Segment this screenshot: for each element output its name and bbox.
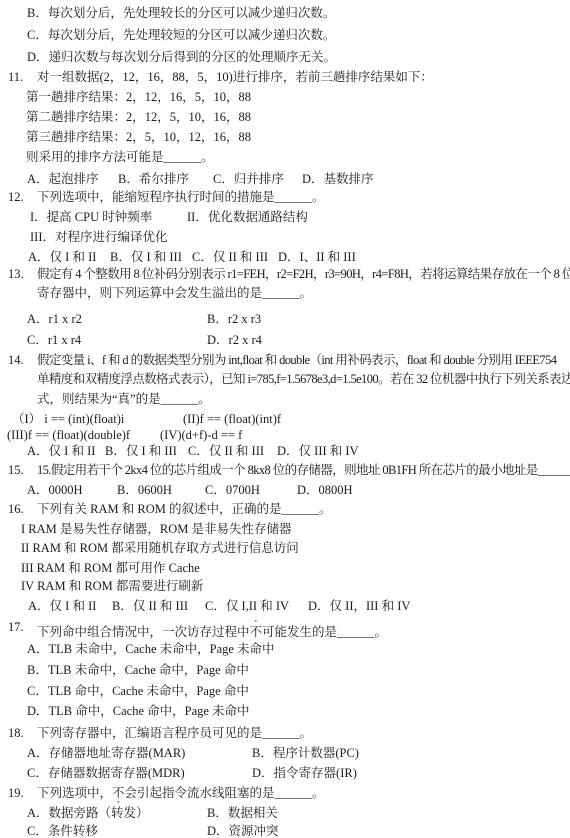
q15-stem-line: 15. 15.假定用若干个 2kx4 位的芯片组成一个 8kx8 位的存储器，则… [0,462,570,479]
q14-stem-3: 式，则结果为“真”的是______。 [37,391,211,408]
q12-number: 12. [8,189,24,206]
q19-options-row1: A．数据旁路（转发） B．数据相关 [0,805,570,822]
q16-option-d: D．仅 II，III 和 IV [308,598,410,615]
q19-option-d: D．资源冲突 [207,823,279,838]
q16-item-row1: I RAM 是易失性存储器，ROM 是非易失性存储器 [0,521,570,538]
q17-option-row-b: B．TLB 未命中，Cache 命中，Page 命中 [0,662,570,679]
q13-stem-line2: 寄存器中，则下列运算中会发生溢出的是______。 [0,285,570,302]
q11-conclusion-line: 则采用的排序方法可能是______。 [0,149,570,166]
q10-option-c: C．每次划分后，先处理较短的分区可以减少递归次数。 [27,27,335,44]
exam-document-page: B．每次划分后，先处理较长的分区可以减少递归次数。 C．每次划分后，先处理较短的… [0,0,570,838]
q11-pass3: 第三趟排序结果：2，5，10，12，16，88 [26,129,251,146]
q11-number: 11. [8,69,23,86]
q13-stem-2: 寄存器中，则下列运算中会发生溢出的是______。 [37,285,312,302]
q17-stem: 下列命中组合情况中，一次访存过程中不可能发生的是______。 [37,619,387,641]
q14-option-b: B．仅 I 和 III [105,443,177,460]
q19-stem-line: 19. 下列选项中，不会引起指令流水线阻塞的是______。 [0,785,570,802]
q18-option-c: C．存储器数据寄存器(MDR) [27,765,185,782]
q13-option-d: D．r2 x r4 [207,332,262,349]
q11-pass3-line: 第三趟排序结果：2，5，10，12，16，88 [0,129,570,146]
q17-stem-line: 17. 下列命中组合情况中，一次访存过程中不可能发生的是______。 [0,619,570,636]
q16-item-3: III RAM 和 ROM 都可用作 Cache [21,560,200,577]
q15-stem: 15.假定用若干个 2kx4 位的芯片组成一个 8kx8 位的存储器，则地址 0… [37,462,570,479]
q14-option-a: A．仅 I 和 II [27,443,95,460]
q14-stem-2: 单精度和双精度浮点数格式表示），已知 i=785,f=1.5678e3,d=1.… [37,371,570,388]
q11-pass2-line: 第二趟排序结果：2，12，5，10，16，88 [0,109,570,126]
q12-item-3: III．对程序进行编译优化 [30,229,168,246]
q10-option-b: B．每次划分后，先处理较长的分区可以减少递归次数。 [27,5,335,22]
q15-options-row: A．0000H B．0600H C．0700H D．0800H [0,482,570,499]
q16-item-row3: III RAM 和 ROM 都可用作 Cache [0,560,570,577]
q17-option-b: B．TLB 未命中，Cache 命中，Page 命中 [27,662,249,679]
q14-stem-line2: 单精度和双精度浮点数格式表示），已知 i=785,f=1.5678e3,d=1.… [0,371,570,388]
q17-stem-pre: 下列命中组合情况中，一次访存过程中 [37,625,250,639]
q16-options-row: A．仅 I 和 II B．仅 II 和 III C．仅 I,II 和 IV D．… [0,598,570,615]
q16-item-1: I RAM 是易失性存储器，ROM 是非易失性存储器 [21,521,292,538]
q18-number: 18. [8,725,24,742]
q18-option-d: D．指令寄存器(IR) [252,765,357,782]
q13-option-c: C．r1 x r4 [27,332,81,349]
q17-option-row-d: D．TLB 命中，Cache 命中，Page 未命中 [0,703,570,720]
q18-stem-line: 18. 下列寄存器中，汇编语言程序员可见的是______。 [0,725,570,742]
q15-number: 15. [8,462,24,479]
q17-stem-post: 可能发生的是______。 [262,625,387,639]
q10-option-d: D．递归次数与每次划分后得到的分区的处理顺序无关。 [27,49,336,66]
q18-option-a: A．存储器地址寄存器(MAR) [27,745,185,762]
q14-expr-row2: (III)f == (float)(double)f (IV)(d+f)-d =… [0,427,570,444]
q14-option-c: C．仅 II 和 III [188,443,264,460]
q12-items-row2: III．对程序进行编译优化 [0,229,570,246]
q17-option-row-c: C．TLB 命中，Cache 未命中，Page 命中 [0,683,570,700]
q14-expr-2: (II)f == (float)(int)f [183,411,281,428]
q19-stem-pre: 下列选项中， [37,786,112,800]
q12-stem: 下列选项中，能缩短程序执行时间的措施是______。 [37,189,325,206]
q14-stem-line3: 式，则结果为“真”的是______。 [0,391,570,408]
q14-expr-4: (IV)(d+f)-d == f [160,427,242,444]
q10-option-row-d: D．递归次数与每次划分后得到的分区的处理顺序无关。 [0,49,570,66]
q17-option-c: C．TLB 命中，Cache 未命中，Page 命中 [27,683,249,700]
q16-option-a: A．仅 I 和 II [28,598,96,615]
q14-expr-1: （I） i == (int)(float)i [12,411,124,428]
q15-option-a: A．0000H [27,482,83,499]
q11-stem-line: 11. 对一组数据(2，12，16，88，5，10)进行排序，若前三趟排序结果如… [0,69,570,86]
q13-options-row1: A．r1 x r2 B．r2 x r3 [0,311,570,328]
q18-stem: 下列寄存器中，汇编语言程序员可见的是______。 [37,725,312,742]
q19-option-c: C．条件转移 [27,823,98,838]
q12-option-b: B．仅 I 和 III [110,249,182,266]
q14-options-row: A．仅 I 和 II B．仅 I 和 III C．仅 II 和 III D．仅 … [0,443,570,460]
q10-option-row-b: B．每次划分后，先处理较长的分区可以减少递归次数。 [0,5,570,22]
q11-options-row: A．起泡排序 B．希尔排序 C．归并排序 D．基数排序 [0,171,570,188]
q19-stem-emphasis: 不 [112,786,125,800]
q10-option-row-c: C．每次划分后，先处理较短的分区可以减少递归次数。 [0,27,570,44]
q16-stem: 下列有关 RAM 和 ROM 的叙述中，正确的是______。 [37,501,331,518]
q11-pass1-line: 第一趟排序结果：2，12，16，5，10，88 [0,89,570,106]
q11-option-a: A．起泡排序 [27,171,99,188]
q16-option-b: B．仅 II 和 III [112,598,188,615]
q12-item-2: II．优化数据通路结构 [187,209,308,226]
q15-option-d: D．0800H [297,482,353,499]
q19-number: 19. [8,785,24,802]
q17-option-row-a: A．TLB 未命中，Cache 未命中，Page 未命中 [0,641,570,658]
q15-option-b: B．0600H [117,482,172,499]
q11-pass1: 第一趟排序结果：2，12，16，5，10，88 [26,89,251,106]
q11-stem: 对一组数据(2，12，16，88，5，10)进行排序，若前三趟排序结果如下： [37,69,433,86]
q13-option-a: A．r1 x r2 [27,311,82,328]
q19-options-row2: C．条件转移 D．资源冲突 [0,823,570,838]
q16-option-c: C．仅 I,II 和 IV [205,598,289,615]
q14-expr-3: (III)f == (float)(double)f [7,427,130,444]
q13-stem-1: 假定有 4 个整数用 8 位补码分别表示 r1=FEH，r2=F2H，r3=90… [37,266,570,283]
q12-option-c: C．仅 II 和 III [192,249,268,266]
q17-number: 17. [8,619,24,636]
q19-stem: 下列选项中，不会引起指令流水线阻塞的是______。 [37,785,325,806]
q16-item-row2: II RAM 和 ROM 都采用随机存取方式进行信息访问 [0,540,570,557]
q19-stem-post: 会引起指令流水线阻塞的是______。 [125,786,325,800]
q18-options-row1: A．存储器地址寄存器(MAR) B．程序计数器(PC) [0,745,570,762]
q17-option-a: A．TLB 未命中，Cache 未命中，Page 未命中 [27,641,275,658]
q11-option-d: D．基数排序 [302,171,374,188]
q17-stem-emphasis: 不 [250,625,263,639]
q16-item-row4: IV RAM 和 ROM 都需要进行刷新 [0,578,570,595]
q12-items-row1: I．提高 CPU 时钟频率 II．优化数据通路结构 [0,209,570,226]
q17-option-d: D．TLB 命中，Cache 命中，Page 未命中 [27,703,250,720]
q13-stem-line1: 13. 假定有 4 个整数用 8 位补码分别表示 r1=FEH，r2=F2H，r… [0,266,570,283]
q19-option-b: B．数据相关 [207,805,278,822]
q14-expr-row1: （I） i == (int)(float)i (II)f == (float)(… [0,411,570,428]
q14-stem-line1: 14. 假定变量 i、f 和 d 的数据类型分别为 int,float 和 do… [0,352,570,369]
q16-stem-line: 16. 下列有关 RAM 和 ROM 的叙述中，正确的是______。 [0,501,570,518]
q16-item-4: IV RAM 和 ROM 都需要进行刷新 [21,578,203,595]
q16-item-2: II RAM 和 ROM 都采用随机存取方式进行信息访问 [21,540,299,557]
q16-number: 16. [8,501,24,518]
q12-stem-line: 12. 下列选项中，能缩短程序执行时间的措施是______。 [0,189,570,206]
q12-option-d: D．I、II 和 III [278,249,356,266]
q12-option-a: A．仅 I 和 II [28,249,96,266]
q11-option-b: B．希尔排序 [118,171,189,188]
q14-stem-1: 假定变量 i、f 和 d 的数据类型分别为 int,float 和 double… [37,352,556,369]
q12-options-row: A．仅 I 和 II B．仅 I 和 III C．仅 II 和 III D．I、… [0,249,570,266]
q13-option-b: B．r2 x r3 [207,311,261,328]
q14-option-d: D．仅 III 和 IV [277,443,359,460]
q11-option-c: C．归并排序 [213,171,284,188]
q12-item-1: I．提高 CPU 时钟频率 [30,209,152,226]
q13-number: 13. [8,266,24,283]
q11-conclusion: 则采用的排序方法可能是______。 [26,149,214,166]
q18-option-b: B．程序计数器(PC) [252,745,359,762]
q18-options-row2: C．存储器数据寄存器(MDR) D．指令寄存器(IR) [0,765,570,782]
q19-option-a: A．数据旁路（转发） [27,805,149,822]
q15-option-c: C．0700H [205,482,260,499]
q14-number: 14. [8,352,24,369]
q11-pass2: 第二趟排序结果：2，12，5，10，16，88 [26,109,251,126]
q13-options-row2: C．r1 x r4 D．r2 x r4 [0,332,570,349]
